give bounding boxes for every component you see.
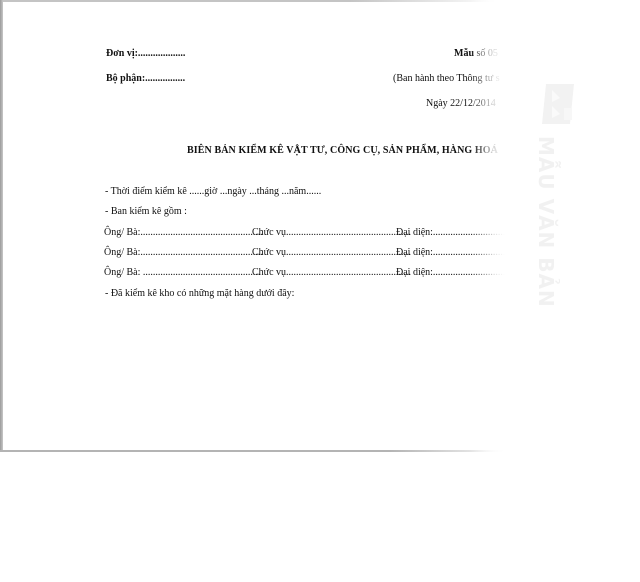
member-name-field: Ông/ Bà: ...............................… [104, 267, 260, 279]
bo-phan-field: Bộ phận:................ [106, 73, 185, 85]
form-number: Mẫu số 05 [454, 48, 498, 60]
inventory-time: - Thời điểm kiểm kê ......giờ ...ngày ..… [105, 186, 321, 198]
inventory-committee-label: - Ban kiểm kê gồm : [105, 206, 187, 218]
form-number-label: Mẫu [454, 48, 474, 59]
member-represent-field: Đại diện:...............................… [396, 227, 553, 239]
member-represent-field: Đại diện:...............................… [396, 267, 553, 279]
member-name-field: Ông/ Bà:................................… [104, 247, 263, 259]
document-date: Ngày 22/12/2014 [426, 98, 496, 110]
don-vi-field: Đơn vị:................... [106, 48, 185, 60]
form-number-value: số 05 [477, 48, 498, 59]
inventory-items-intro: - Đã kiểm kê kho có những mặt hàng dưới … [105, 288, 294, 300]
member-position-field: Chức vụ.................................… [252, 247, 411, 259]
page-left-border [0, 0, 3, 452]
member-position-field: Chức vụ.................................… [252, 227, 411, 239]
page-bottom-border [0, 450, 520, 452]
member-represent-field: Đại diện:...............................… [396, 247, 553, 259]
member-position-field: Chức vụ.................................… [252, 267, 411, 279]
document-title: BIÊN BẢN KIỂM KÊ VẬT TƯ, CÔNG CỤ, SẢN PH… [187, 145, 498, 157]
watermark: MẪU VĂN BẢN [538, 84, 578, 284]
scales-logo-icon [540, 84, 574, 124]
issued-under-circular: (Ban hành theo Thông tư s [393, 73, 500, 85]
watermark-text: MẪU VĂN BẢN [534, 136, 558, 308]
member-name-field: Ông/ Bà:................................… [104, 227, 263, 239]
page-top-border [0, 0, 500, 2]
